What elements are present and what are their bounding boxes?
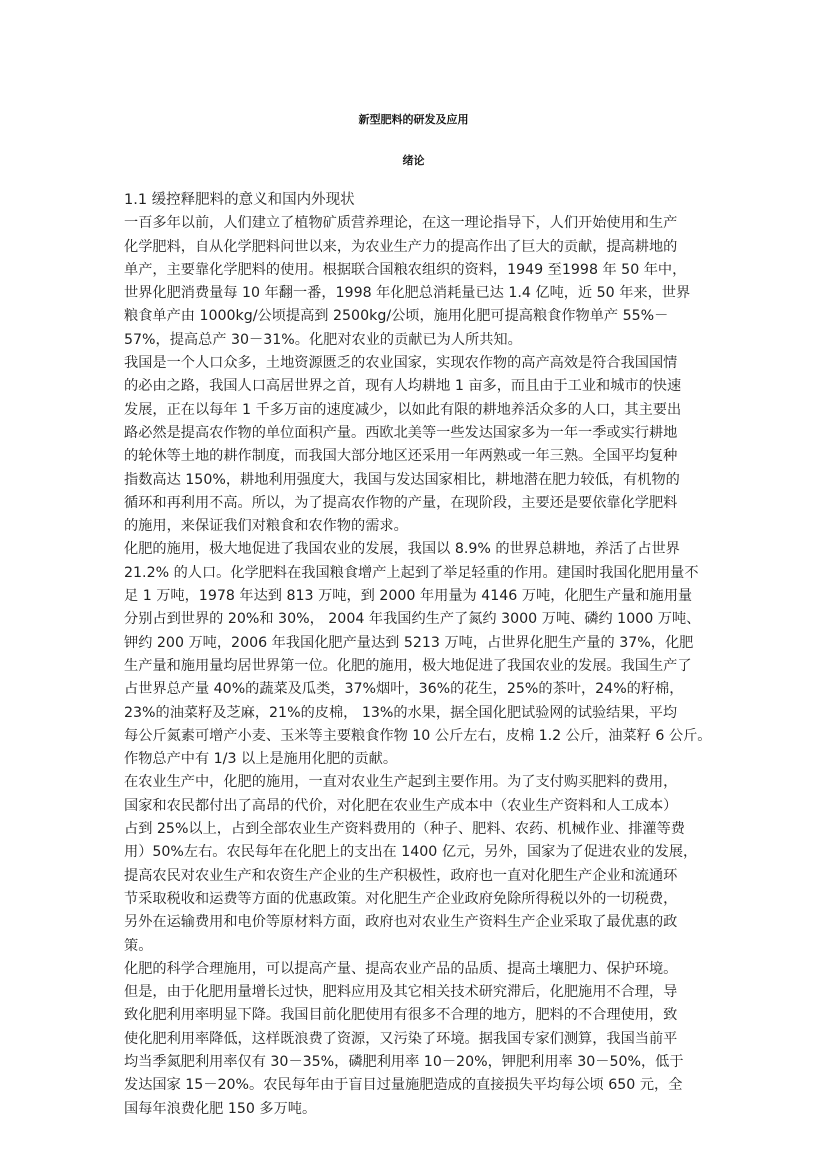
text-line: 化学肥料，自从化学肥料问世以来，为农业生产力的提高作出了巨大的贡献，提高耕地的: [124, 236, 764, 259]
text-line: 使化肥利用率降低，这样既浪费了资源，又污染了环境。据我国专家们测算，我国当前平: [124, 1028, 764, 1051]
text-line: 23%的油菜籽及芝麻，21%的皮棉， 13%的水果，据全国化肥试验网的试验结果，…: [124, 702, 764, 725]
text-line: 国家和农民都付出了高昂的代价，对化肥在农业生产成本中（农业生产资料和人工成本）: [124, 795, 764, 818]
paragraph-5: 化肥的科学合理施用，可以提高产量、提高农业产品的品质、提高土壤肥力、保护环境。 …: [124, 958, 764, 1121]
text-line: 致化肥利用率明显下降。我国目前化肥使用有很多不合理的地方，肥料的不合理使用，致: [124, 1004, 764, 1027]
text-line: 均当季氮肥利用率仅有 30－35%，磷肥利用率 10－20%，钾肥利用率 30－…: [124, 1051, 764, 1074]
text-line: 国每年浪费化肥 150 多万吨。: [124, 1098, 764, 1121]
text-line: 化肥的科学合理施用，可以提高产量、提高农业产品的品质、提高土壤肥力、保护环境。: [124, 958, 764, 981]
document-body: 1.1 缓控释肥料的意义和国内外现状 一百多年以前，人们建立了植物矿质营养理论，…: [124, 189, 764, 1121]
text-line: 钾约 200 万吨，2006 年我国化肥产量达到 5213 万吨，占世界化肥生产…: [124, 632, 764, 655]
section-heading: 1.1 缓控释肥料的意义和国内外现状: [124, 189, 764, 212]
text-line: 在农业生产中，化肥的施用，一直对农业生产起到主要作用。为了支付购买肥料的费用，: [124, 771, 764, 794]
text-line: 的轮休等土地的耕作制度，而我国大部分地区还采用一年两熟或一年三熟。全国平均复种: [124, 445, 764, 468]
text-line: 占到 25%以上，占到全部农业生产资料费用的（种子、肥料、农药、机械作业、排灌等…: [124, 818, 764, 841]
text-line: 一百多年以前，人们建立了植物矿质营养理论，在这一理论指导下，人们开始使用和生产: [124, 212, 764, 235]
text-line: 的必由之路，我国人口高居世界之首，现有人均耕地 1 亩多，而且由于工业和城市的快…: [124, 375, 764, 398]
text-line: 每公斤氮素可增产小麦、玉米等主要粮食作物 10 公斤左右，皮棉 1.2 公斤，油…: [124, 725, 764, 748]
text-line: 策。: [124, 935, 764, 958]
text-line: 足 1 万吨，1978 年达到 813 万吨，到 2000 年用量为 4146 …: [124, 585, 764, 608]
text-line: 循环和再利用不高。所以，为了提高农作物的产量，在现阶段，主要还是要依靠化学肥料: [124, 492, 764, 515]
paragraph-1: 一百多年以前，人们建立了植物矿质营养理论，在这一理论指导下，人们开始使用和生产 …: [124, 212, 764, 352]
text-line: 分别占到世界的 20%和 30%， 2004 年我国约生产了氮约 3000 万吨…: [124, 608, 764, 631]
text-line: 粮食单产由 1000kg/公顷提高到 2500kg/公顷，施用化肥可提高粮食作物…: [124, 305, 764, 328]
paragraph-4: 在农业生产中，化肥的施用，一直对农业生产起到主要作用。为了支付购买肥料的费用， …: [124, 771, 764, 957]
text-line: 我国是一个人口众多，土地资源匮乏的农业国家，实现农作物的高产高效是符合我国国情: [124, 352, 764, 375]
text-line: 57%，提高总产 30－31%。化肥对农业的贡献已为人所共知。: [124, 329, 764, 352]
paragraph-2: 我国是一个人口众多，土地资源匮乏的农业国家，实现农作物的高产高效是符合我国国情 …: [124, 352, 764, 538]
text-line: 生产量和施用量均居世界第一位。化肥的施用，极大地促进了我国农业的发展。我国生产了: [124, 655, 764, 678]
text-line: 21.2% 的人口。化学肥料在我国粮食增产上起到了举足轻重的作用。建国时我国化肥…: [124, 562, 764, 585]
text-line: 化肥的施用，极大地促进了我国农业的发展，我国以 8.9% 的世界总耕地，养活了占…: [124, 538, 764, 561]
text-line: 指数高达 150%，耕地利用强度大，我国与发达国家相比，耕地潜在肥力较低，有机物…: [124, 469, 764, 492]
text-line: 占世界总产量 40%的蔬菜及瓜类，37%烟叶，36%的花生，25%的茶叶，24%…: [124, 678, 764, 701]
text-line: 节采取税收和运费等方面的优惠政策。对化肥生产企业政府免除所得税以外的一切税费，: [124, 888, 764, 911]
paragraph-3: 化肥的施用，极大地促进了我国农业的发展，我国以 8.9% 的世界总耕地，养活了占…: [124, 538, 764, 771]
text-line: 用）50%左右。农民每年在化肥上的支出在 1400 亿元，另外，国家为了促进农业…: [124, 841, 764, 864]
text-line: 提高农民对农业生产和农资生产企业的生产积极性，政府也一直对化肥生产企业和流通环: [124, 865, 764, 888]
text-line: 作物总产中有 1/3 以上是施用化肥的贡献。: [124, 748, 764, 771]
document-title: 新型肥料的研发及应用: [0, 111, 827, 127]
document-page: 新型肥料的研发及应用 绪论 1.1 缓控释肥料的意义和国内外现状 一百多年以前，…: [0, 0, 827, 1169]
text-line: 世界化肥消费量每 10 年翻一番，1998 年化肥总消耗量已达 1.4 亿吨，近…: [124, 282, 764, 305]
text-line: 路必然是提高农作物的单位面积产量。西欧北美等一些发达国家多为一年一季或实行耕地: [124, 422, 764, 445]
text-line: 单产，主要靠化学肥料的使用。根据联合国粮农组织的资料，1949 至1998 年 …: [124, 259, 764, 282]
text-line: 另外在运输费用和电价等原材料方面，政府也对农业生产资料生产企业采取了最优惠的政: [124, 911, 764, 934]
text-line: 但是，由于化肥用量增长过快，肥料应用及其它相关技术研究滞后，化肥施用不合理，导: [124, 981, 764, 1004]
text-line: 发展，正在以每年 1 千多万亩的速度减少，以如此有限的耕地养活众多的人口，其主要…: [124, 399, 764, 422]
chapter-title: 绪论: [0, 152, 827, 168]
text-line: 发达国家 15－20%。农民每年由于盲目过量施肥造成的直接损失平均每公顷 650…: [124, 1074, 764, 1097]
text-line: 的施用，来保证我们对粮食和农作物的需求。: [124, 515, 764, 538]
